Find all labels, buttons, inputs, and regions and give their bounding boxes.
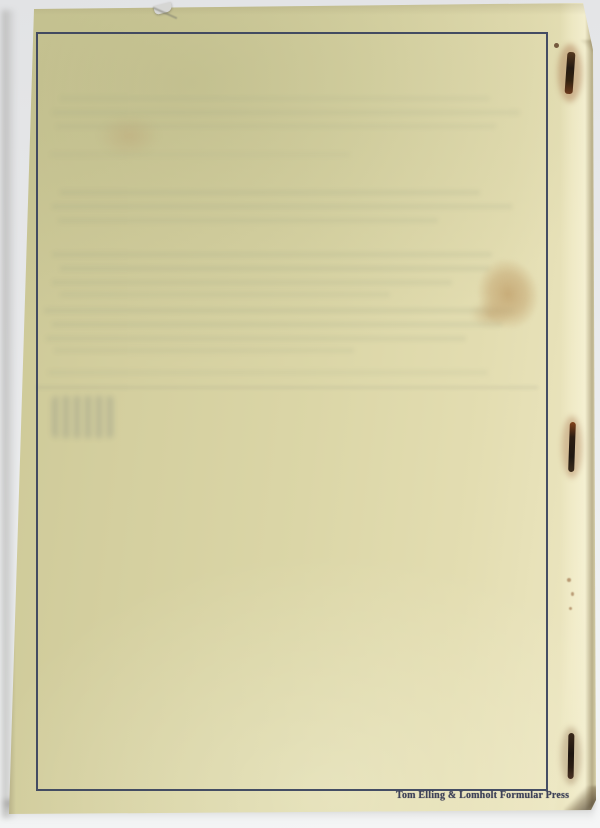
paper-back-cover: Tom Elling & Lomholt Formular Press bbox=[0, 0, 600, 828]
rust-speck bbox=[554, 43, 559, 48]
border-frame bbox=[36, 32, 548, 791]
bottom-right-staple bbox=[568, 733, 575, 779]
rust-dot-c bbox=[569, 607, 572, 610]
printer-imprint: Tom Elling & Lomholt Formular Press bbox=[396, 790, 562, 805]
rust-dot-a bbox=[567, 578, 571, 582]
photo-background: Tom Elling & Lomholt Formular Press bbox=[0, 0, 600, 828]
rust-dot-b bbox=[571, 592, 574, 596]
